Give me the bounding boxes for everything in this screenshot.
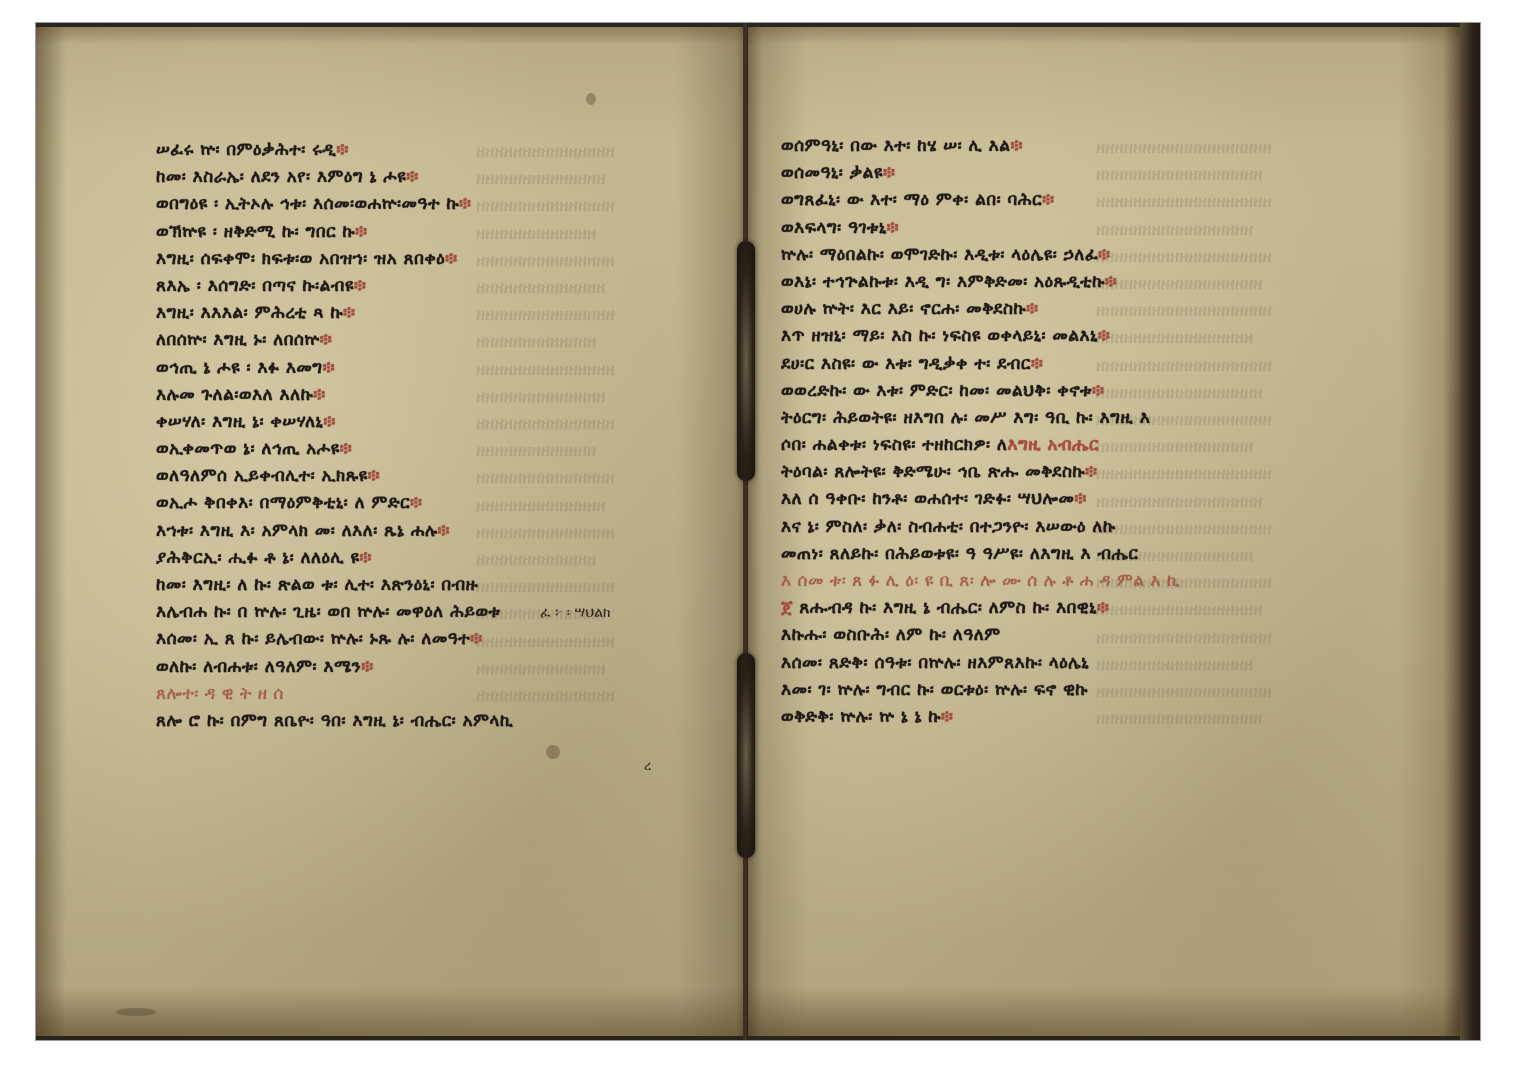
text-line: እኀቱ፡ እግዚ እ፡ አምላክ መ፡ ለእለ፡ ጼኔ ሐሉ፨ [156, 518, 716, 545]
line-text: ጸእኤ ፡ እሰግድ፡ በጣና ኩ፡ልብዩ [156, 276, 354, 296]
left-page-text-block: ሠፈሩ ኵ፡ በምዕቃሕተ፡ ሩዲ፨ከመ፡ እስራኤ፡ ለደን አየ፡ እምዕግ… [156, 137, 716, 735]
verse-end-mark: ፨ [368, 466, 380, 486]
verse-end-mark: ፨ [406, 167, 418, 187]
text-line: ወኅጢ ኔ ሖዩ ፡ እፉ እመግ፨ [156, 355, 716, 382]
line-text: ከመ፡ እግዚ፡ ለ ኩ፡ ጽልወ ቱ፡ ሊተ፡ እጽንዕኒ፡ በብዙ [156, 575, 478, 595]
line-text: ወእኔ፡ ተኅጕልኩቱ፡ እዲ ግ፡ እምቅድመ፡ አዕጹዲቲኩ [781, 272, 1105, 292]
text-line: ወግጸፈኒ፡ ው እተ፡ ማዕ ምቀ፡ ልበ፡ ባሕር፨ [781, 187, 1351, 214]
line-text: ትዕርግ፡ ሕይወትዩ፡ ዘእግበ ሉ፡ መሥ እግ፡ ዓቢ ኩ፡ እግዚ እ [781, 408, 1150, 428]
line-text: እኩሑ፡ ወስቡሕ፡ ለም ኩ፡ ለዓለም [781, 625, 1001, 645]
verse-end-mark: ፨ [445, 249, 457, 269]
line-text: ወኅጢ ኔ ሖዩ ፡ እፉ እመግ [156, 358, 323, 378]
text-line: ወኢቀመጥወ ኔ፡ ለኅጢ አሖዩ፨ [156, 436, 716, 463]
line-text: ወኢቀመጥወ ኔ፡ ለኅጢ አሖዩ [156, 439, 340, 459]
line-text: ያሕቅርኢ፡ ሒፉ ቶ ኔ፡ ለለዕሊ ዩ [156, 548, 360, 568]
line-text: ኵሉ፡ ማዕበልኩ፡ ወሞገድኩ፡ እዲቱ፡ ላዕሌዩ፡ ኃለፈ [781, 245, 1098, 265]
line-text: ሶበ፡ ሐልቀቱ፡ ነፍስዩ፡ ተዘከርክዎ፡ ለ [781, 435, 1007, 455]
verse-end-mark: ፨ [354, 276, 366, 296]
text-line: ወእኔ፡ ተኅጕልኩቱ፡ እዲ ግ፡ እምቅድመ፡ አዕጹዲቲኩ፨ [781, 269, 1351, 296]
text-line: መጠነ፡ ጸለይኩ፡ በሕይወቱዩ፡ ዓ ዓሥዩ፡ ለእግዚ እ ብሔር [781, 541, 1351, 568]
text-line: ወእፍላግ፡ ዓገቱኒ፨ [781, 215, 1351, 242]
verse-end-mark: ፨ [1031, 354, 1043, 374]
line-text: ወሰምዓኒ፡ በው እተ፡ ከሄ ሠ፡ ሊ እል [781, 136, 1010, 156]
stain [116, 1008, 156, 1016]
verse-end-mark: ፨ [1010, 136, 1022, 156]
line-text: ወለኩ፡ ለብሐቱ፡ ለዓለም፡ እሜን [156, 657, 361, 677]
line-text: ወቅድቅ፡ ኵሉ፡ ኵ ኔ ኔ ኩ [781, 707, 941, 727]
margin-mark: ረ [644, 759, 651, 774]
verse-end-mark: ፨ [355, 222, 367, 242]
text-line: ሶበ፡ ሐልቀቱ፡ ነፍስዩ፡ ተዘከርክዎ፡ ለእግዚ አብሔር [781, 432, 1351, 459]
line-text: ጸሎተ፡ ዳ ዊ ት ዘ ሰ [156, 684, 284, 704]
verse-end-mark: ፨ [320, 330, 332, 350]
text-line: እኩሑ፡ ወስቡሕ፡ ለም ኩ፡ ለዓለም [781, 622, 1351, 649]
verse-end-mark: ፨ [343, 303, 355, 323]
text-line: ወሰምዓኒ፡ በው እተ፡ ከሄ ሠ፡ ሊ እል፨ [781, 133, 1351, 160]
line-text: እሌብሐ ኩ፡ በ ኵሉ፡ ጊዜ፡ ወበ ኵሉ፡ መዋዕለ ሕይወቱ [156, 602, 501, 622]
text-line: እና ኔ፡ ምስለ፡ ቃለ፡ ስብሐቲ፡ በተጋንዮ፡ እሠውዕ ለኩ [781, 514, 1351, 541]
line-text: እግዚ፡ ሰፍቀሞ፡ ክፍቱ፡ወ አበዝኀ፡ ዝአ ጸበቀዕ [156, 249, 445, 269]
line-text: ወለዓለምሰ ኢይቀብሊተ፡ ኢክጹዩ [156, 466, 368, 486]
text-line: ወለኩ፡ ለብሐቱ፡ ለዓለም፡ እሜን፨ [156, 654, 716, 681]
verse-end-mark: ፨ [1026, 299, 1038, 319]
verse-end-mark: ፨ [1092, 381, 1104, 401]
line-text: እሉመ ጉለል፡ወእለ እለኩ [156, 385, 313, 405]
verse-end-mark: ፨ [1098, 245, 1110, 265]
text-line: እሰመ፡ ጸድቅ፡ ሰዓቱ፡ በኵሉ፡ ዘእምጸእኩ፡ ላዕሌኒ [781, 650, 1351, 677]
text-line: ኵሉ፡ ማዕበልኩ፡ ወሞገድኩ፡ እዲቱ፡ ላዕሌዩ፡ ኃለፈ፨ [781, 242, 1351, 269]
verse-end-mark: ፨ [887, 218, 899, 238]
line-text: ከመ፡ እስራኤ፡ ለደን አየ፡ እምዕግ ኔ ሖዩ [156, 167, 406, 187]
verse-end-mark: ፨ [1042, 190, 1054, 210]
line-text: ወኽኵዩ ፡ ዘቅድሚ ኩ፡ ግበር ኩ [156, 222, 355, 242]
text-line: እግዚ፡ ሰፍቀሞ፡ ክፍቱ፡ወ አበዝኀ፡ ዝአ ጸበቀዕ፨ [156, 246, 716, 273]
text-line: ለበሰኵ፡ እግዚ ኑ፡ ለበሰኵ፨ [156, 327, 716, 354]
text-line: ወሀሉ ኵት፡ እር እይ፡ ኖርሐ፡ መቅደስኩ፨ [781, 296, 1351, 323]
verse-end-mark: ፨ [360, 548, 372, 568]
book-edge [1460, 23, 1480, 1040]
line-text: እኀቱ፡ እግዚ እ፡ አምላክ መ፡ ለእለ፡ ጼኔ ሐሉ [156, 521, 438, 541]
line-text: መጠነ፡ ጸለይኩ፡ በሕይወቱዩ፡ ዓ ዓሥዩ፡ ለእግዚ እ ብሔር [781, 544, 1138, 564]
text-line: ደሀ፡ር እስዩ፡ ው እቱ፡ ግዲቃቀ ተ፡ ደብር፨ [781, 351, 1351, 378]
verse-end-mark: ፨ [459, 194, 471, 214]
text-line: ወኢሖ ቅበቀእ፡ በማዕምቅቲኒ፡ ለ ምድር፨ [156, 490, 716, 517]
text-line: እሰመ፡ ኢ ጸ ኩ፡ ይሌብው፡ ኵሉ፡ ኑጹ ሉ፡ ለመዓተ፨ [156, 626, 716, 653]
line-text: እለ ሰ ዓቀቡ፡ ከንቶ፡ ወሐሰተ፡ ገድፉ፡ ሣህሎመ [781, 489, 1074, 509]
text-line: ወኽኵዩ ፡ ዘቅድሚ ኩ፡ ግበር ኩ፨ [156, 219, 716, 246]
line-text: እጥ ዘዝኒ፡ ማይ፡ እስ ኩ፡ ነፍስዩ ወቀላይኒ፡ መልእኒ [781, 326, 1098, 346]
binding-stitch-top [737, 241, 755, 481]
line-text: እመ፡ ገ፡ ኵሉ፡ ግብር ኩ፡ ወርቱዕ፡ ኵሉ፡ ፍኖ ዊኩ [781, 680, 1088, 700]
rubric-line: እ ሰመ ቱ፡ ጸ ፉ ሊ ዕ፡ ዩ ቢ ጸ፡ ሎ ሙ ሰ ሉ ቶ ሐ ዳ ምል… [781, 568, 1351, 595]
text-line: ወለዓለምሰ ኢይቀብሊተ፡ ኢክጹዩ፨ [156, 463, 716, 490]
rubric-line: ጸሎተ፡ ዳ ዊ ት ዘ ሰ [156, 681, 716, 708]
line-text: ጸሑብዳ ኩ፡ እግዚ ኔ ብሔር፡ ለምስ ኩ፡ እበዊኒ [799, 598, 1097, 618]
verse-end-mark: ፨ [1097, 598, 1109, 618]
text-line: እጥ ዘዝኒ፡ ማይ፡ እስ ኩ፡ ነፍስዩ ወቀላይኒ፡ መልእኒ፨ [781, 323, 1351, 350]
line-text: ወበግዕዩ ፡ ኢትኦሉ ኅቱ፡ እሰመ፡ወሐኵ፡መዓተ ኩ [156, 194, 459, 214]
line-text: ጸሎ ሮ ኩ፡ በምግ ጸቤዮ፡ ዓበ፡ እግዚ ኔ፡ ብሔር፡ አምላኪ [156, 711, 513, 731]
line-text: እሰመ፡ ኢ ጸ ኩ፡ ይሌብው፡ ኵሉ፡ ኑጹ ሉ፡ ለመዓተ [156, 629, 470, 649]
line-text: ለበሰኵ፡ እግዚ ኑ፡ ለበሰኵ [156, 330, 320, 350]
text-line: ወሰመዓኒ፡ ቃልዩ፨ [781, 160, 1351, 187]
ink-spot [586, 93, 596, 105]
line-text: ቀሠሃለ፡ እግዚ ኔ፡ ቀሠሃለኒ [156, 412, 323, 432]
verse-end-mark: ፨ [361, 657, 373, 677]
text-line: ጸእኤ ፡ እሰግድ፡ በጣና ኩ፡ልብዩ፨ [156, 273, 716, 300]
verse-end-mark: ፨ [323, 412, 335, 432]
right-page-text-block: ወሰምዓኒ፡ በው እተ፡ ከሄ ሠ፡ ሊ እል፨ወሰመዓኒ፡ ቃልዩ፨ወግጸፈ… [781, 133, 1351, 731]
verse-end-mark: ፨ [1098, 326, 1110, 346]
rubric-numeral: ጀ [781, 598, 799, 618]
text-line: ጸሎ ሮ ኩ፡ በምግ ጸቤዮ፡ ዓበ፡ እግዚ ኔ፡ ብሔር፡ አምላኪ [156, 708, 716, 735]
spine-gutter [743, 23, 747, 1040]
line-text: እግዚ፡ እእእል፡ ምሕረቲ ጻ ኩ [156, 303, 343, 323]
ink-spot [546, 745, 560, 759]
margin-note: ፈ ፦ ፡ ሣህልክ [540, 605, 611, 621]
line-text: እሰመ፡ ጸድቅ፡ ሰዓቱ፡ በኵሉ፡ ዘእምጸእኩ፡ ላዕሌኒ [781, 653, 1089, 673]
text-line: ከመ፡ እስራኤ፡ ለደን አየ፡ እምዕግ ኔ ሖዩ፨ [156, 164, 716, 191]
verse-end-mark: ፨ [1074, 489, 1086, 509]
line-text: ደሀ፡ር እስዩ፡ ው እቱ፡ ግዲቃቀ ተ፡ ደብር [781, 354, 1031, 374]
text-line: እሌብሐ ኩ፡ በ ኵሉ፡ ጊዜ፡ ወበ ኵሉ፡ መዋዕለ ሕይወቱ [156, 599, 716, 626]
text-line: ሠፈሩ ኵ፡ በምዕቃሕተ፡ ሩዲ፨ [156, 137, 716, 164]
text-line: እግዚ፡ እእእል፡ ምሕረቲ ጻ ኩ፨ [156, 300, 716, 327]
verse-end-mark: ፨ [941, 707, 953, 727]
line-text: ትዕባል፡ ጸሎትዩ፡ ቅድሜሁ፡ ኅቤ ጽሑ መቅደስኩ [781, 462, 1085, 482]
text-line: ቀሠሃለ፡ እግዚ ኔ፡ ቀሠሃለኒ፨ [156, 409, 716, 436]
manuscript-photo: ዘዘዘዘዘዘዘዘዘዘዘዘዘዘዘዘዘዘዘዘዘዘዘዘዘዘዘዘዘዘዘዘዘዘዘዘዘዘዘዘ… [36, 23, 1480, 1040]
line-text: ሠፈሩ ኵ፡ በምዕቃሕተ፡ ሩዲ [156, 140, 336, 160]
binding-stitch-bottom [737, 653, 755, 858]
line-text: ወሰመዓኒ፡ ቃልዩ [781, 163, 883, 183]
text-line: ወወረድኩ፡ ው እቱ፡ ምድር፡ ከመ፡ መልህቅ፡ ቀኖቱ፨ [781, 378, 1351, 405]
line-text: እና ኔ፡ ምስለ፡ ቃለ፡ ስብሐቲ፡ በተጋንዮ፡ እሠውዕ ለኩ [781, 517, 1116, 537]
verse-end-mark: ፨ [1085, 462, 1097, 482]
line-text: እ ሰመ ቱ፡ ጸ ፉ ሊ ዕ፡ ዩ ቢ ጸ፡ ሎ ሙ ሰ ሉ ቶ ሐ ዳ ምል… [781, 571, 1180, 591]
verse-end-mark: ፨ [336, 140, 348, 160]
verse-end-mark: ፨ [323, 358, 335, 378]
line-text: ወወረድኩ፡ ው እቱ፡ ምድር፡ ከመ፡ መልህቅ፡ ቀኖቱ [781, 381, 1092, 401]
verse-end-mark: ፨ [470, 629, 482, 649]
rubric-tail: እግዚ አብሔር [1007, 435, 1099, 455]
text-line: እሉመ ጉለል፡ወእለ እለኩ፨ [156, 382, 716, 409]
line-text: ወግጸፈኒ፡ ው እተ፡ ማዕ ምቀ፡ ልበ፡ ባሕር [781, 190, 1042, 210]
text-line: እመ፡ ገ፡ ኵሉ፡ ግብር ኩ፡ ወርቱዕ፡ ኵሉ፡ ፍኖ ዊኩ [781, 677, 1351, 704]
verse-end-mark: ፨ [883, 163, 895, 183]
text-line: ትዕርግ፡ ሕይወትዩ፡ ዘእግበ ሉ፡ መሥ እግ፡ ዓቢ ኩ፡ እግዚ እ [781, 405, 1351, 432]
verse-end-mark: ፨ [410, 493, 422, 513]
text-line: እለ ሰ ዓቀቡ፡ ከንቶ፡ ወሐሰተ፡ ገድፉ፡ ሣህሎመ፨ [781, 486, 1351, 513]
verse-end-mark: ፨ [1105, 272, 1117, 292]
line-text: ወእፍላግ፡ ዓገቱኒ [781, 218, 887, 238]
text-line: ወበግዕዩ ፡ ኢትኦሉ ኅቱ፡ እሰመ፡ወሐኵ፡መዓተ ኩ፨ [156, 191, 716, 218]
verse-end-mark: ፨ [340, 439, 352, 459]
text-line: ወቅድቅ፡ ኵሉ፡ ኵ ኔ ኔ ኩ፨ [781, 704, 1351, 731]
text-line: ትዕባል፡ ጸሎትዩ፡ ቅድሜሁ፡ ኅቤ ጽሑ መቅደስኩ፨ [781, 459, 1351, 486]
text-line: ጀ ጸሑብዳ ኩ፡ እግዚ ኔ ብሔር፡ ለምስ ኩ፡ እበዊኒ፨ [781, 595, 1351, 622]
verse-end-mark: ፨ [313, 385, 325, 405]
text-line: ከመ፡ እግዚ፡ ለ ኩ፡ ጽልወ ቱ፡ ሊተ፡ እጽንዕኒ፡ በብዙ [156, 572, 716, 599]
text-line: ያሕቅርኢ፡ ሒፉ ቶ ኔ፡ ለለዕሊ ዩ፨ [156, 545, 716, 572]
verse-end-mark: ፨ [438, 521, 450, 541]
line-text: ወሀሉ ኵት፡ እር እይ፡ ኖርሐ፡ መቅደስኩ [781, 299, 1026, 319]
line-text: ወኢሖ ቅበቀእ፡ በማዕምቅቲኒ፡ ለ ምድር [156, 493, 410, 513]
